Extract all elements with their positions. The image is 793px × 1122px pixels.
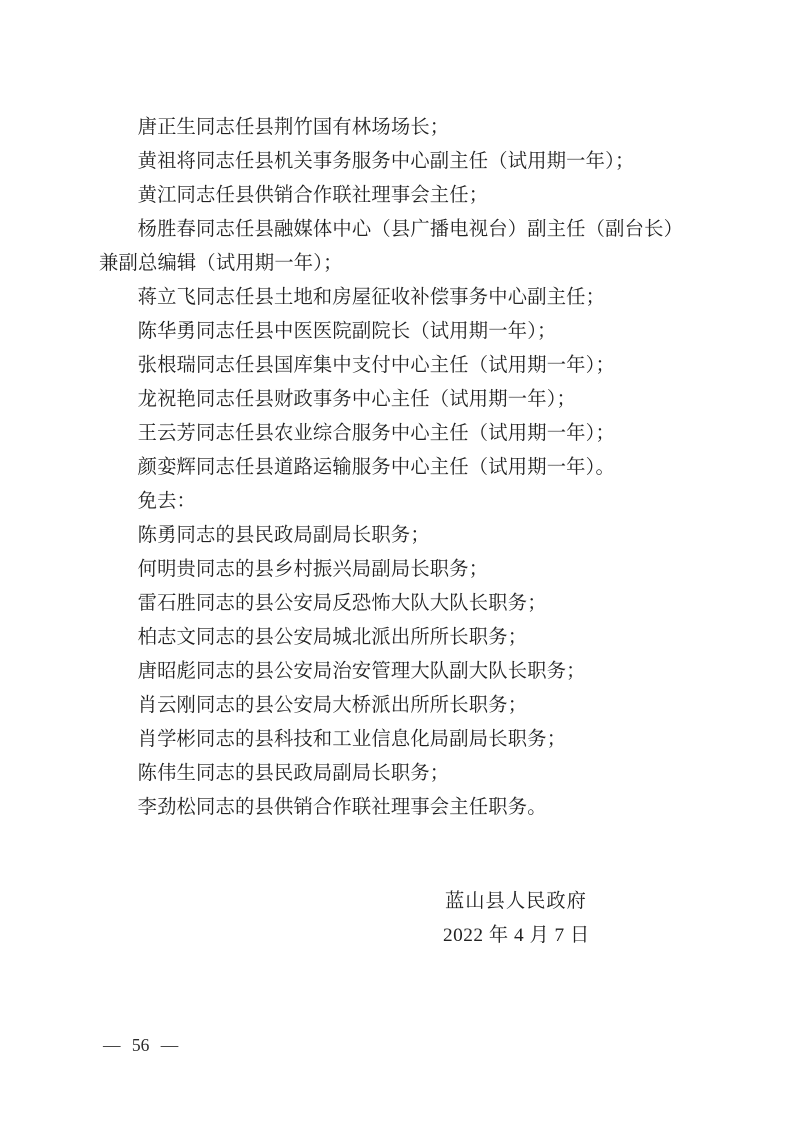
document-body: 唐正生同志任县荆竹国有林场场长； 黄祖将同志任县机关事务服务中心副主任（试用期一… [99, 111, 701, 825]
appointment-line: 颜娈辉同志任县道路运输服务中心主任（试用期一年）。 [99, 451, 701, 485]
appointment-line: 王云芳同志任县农业综合服务中心主任（试用期一年）； [99, 417, 701, 451]
appointment-line: 杨胜春同志任县融媒体中心（县广播电视台）副主任（副台长）兼副总编辑（试用期一年）… [99, 213, 701, 281]
dismissal-section-header: 免去： [99, 485, 701, 519]
appointment-line: 蒋立飞同志任县土地和房屋征收补偿事务中心副主任； [99, 281, 701, 315]
dismissal-line: 陈勇同志的县民政局副局长职务； [99, 519, 701, 553]
appointment-line: 张根瑞同志任县国库集中支付中心主任（试用期一年）； [99, 349, 701, 383]
document-page: 唐正生同志任县荆竹国有林场场长； 黄祖将同志任县机关事务服务中心副主任（试用期一… [0, 0, 793, 1122]
appointment-line: 陈华勇同志任县中医医院副院长（试用期一年）； [99, 315, 701, 349]
dismissal-line: 柏志文同志的县公安局城北派出所所长职务； [99, 621, 701, 655]
dismissal-line: 肖学彬同志的县科技和工业信息化局副局长职务； [99, 723, 701, 757]
issuer-signature: 蓝山县人民政府 [445, 890, 587, 914]
dismissal-line: 何明贵同志的县乡村振兴局副局长职务； [99, 553, 701, 587]
dismissal-line: 雷石胜同志的县公安局反恐怖大队大队长职务； [99, 587, 701, 621]
appointment-line: 黄祖将同志任县机关事务服务中心副主任（试用期一年）； [99, 145, 701, 179]
page-number: — 56 — [103, 1035, 178, 1055]
appointment-line: 龙祝艳同志任县财政事务中心主任（试用期一年）； [99, 383, 701, 417]
dismissal-line: 陈伟生同志的县民政局副局长职务； [99, 757, 701, 791]
issue-date: 2022 年 4 月 7 日 [443, 924, 590, 948]
appointment-line: 黄江同志任县供销合作联社理事会主任； [99, 179, 701, 213]
dismissal-line: 李劲松同志的县供销合作联社理事会主任职务。 [99, 791, 701, 825]
appointment-line: 唐正生同志任县荆竹国有林场场长； [99, 111, 701, 145]
dismissal-line: 唐昭彪同志的县公安局治安管理大队副大队长职务； [99, 655, 701, 689]
dismissal-line: 肖云刚同志的县公安局大桥派出所所长职务； [99, 689, 701, 723]
